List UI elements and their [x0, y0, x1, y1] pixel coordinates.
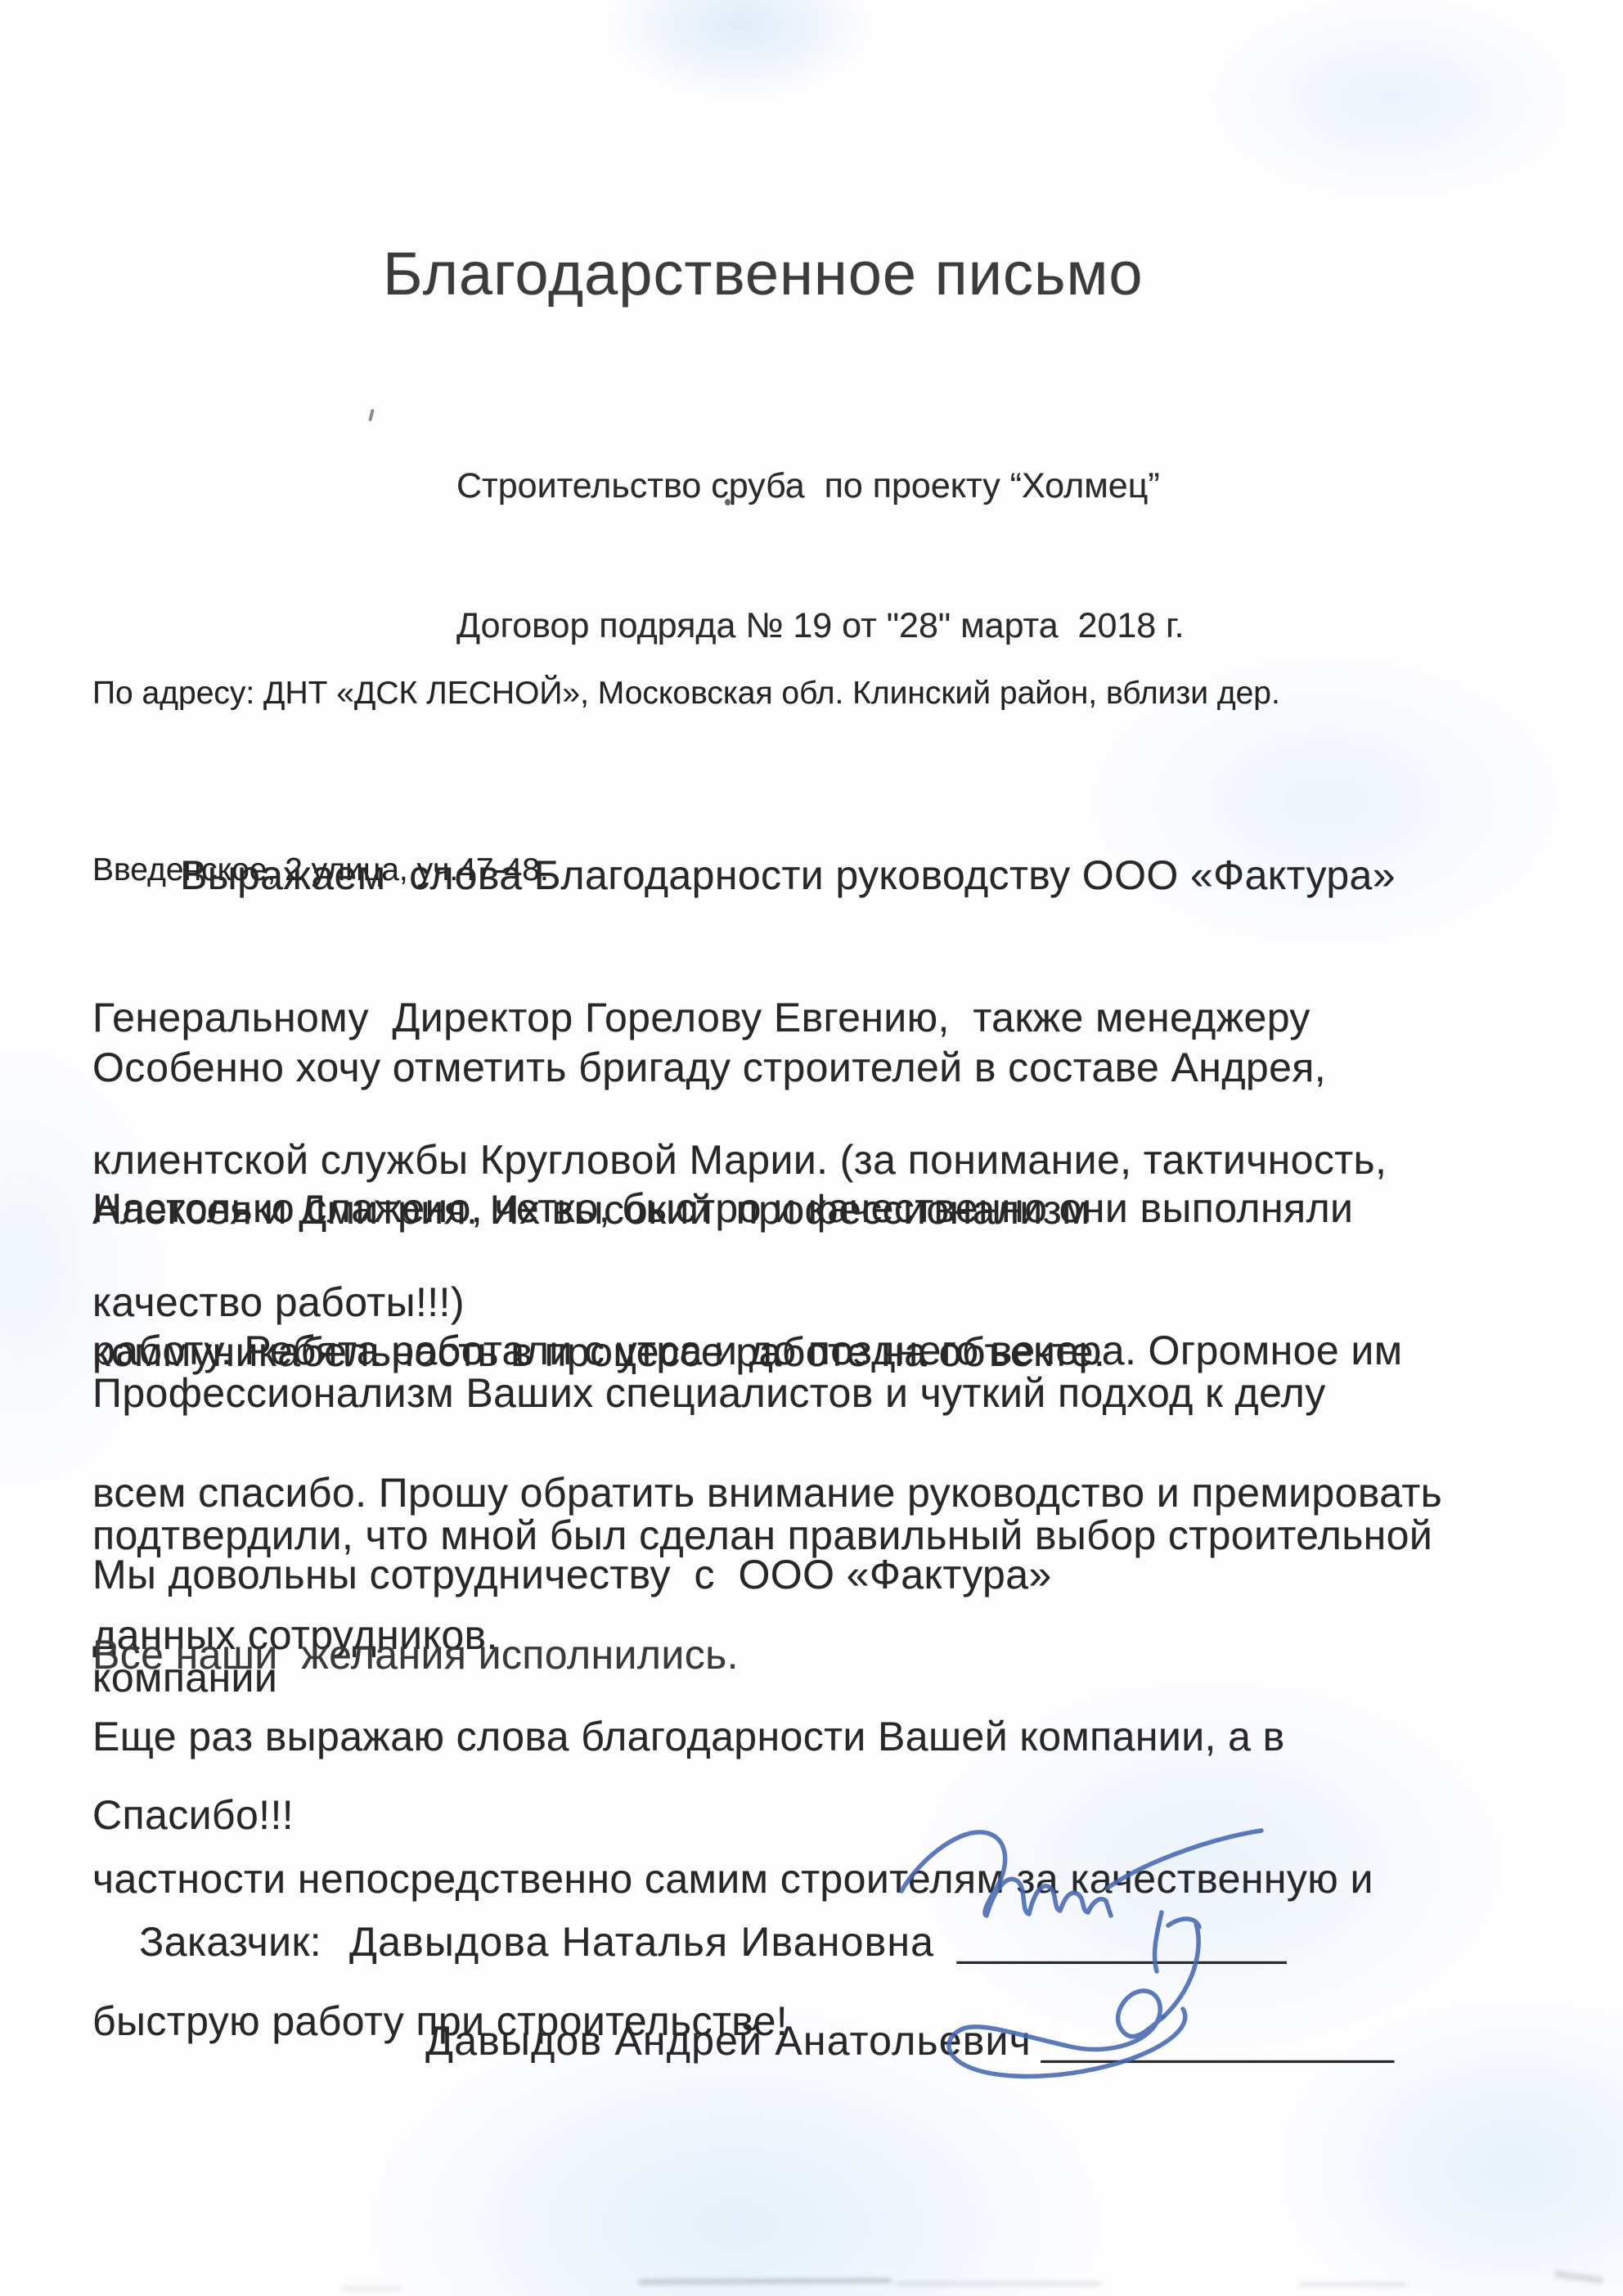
scan-smudge — [1301, 2283, 1407, 2286]
text-line: Профессионализм Ваших специалистов и чут… — [92, 1369, 1499, 1417]
customer-label: Заказчик: — [139, 1919, 321, 1965]
customer-name-1: Давыдова Наталья Ивановна — [349, 1919, 934, 1965]
scan-smudge — [638, 2278, 892, 2285]
handwritten-signature-1-tail — [1163, 1919, 1199, 2017]
text-line: Выражаем слова Благодарности руководству… — [92, 851, 1499, 899]
scan-smudge — [344, 2287, 401, 2289]
letter-title: Благодарственное письмо — [383, 242, 1144, 306]
scan-speck — [725, 499, 731, 505]
text-line: Особенно хочу отметить бригаду строителе… — [92, 1044, 1499, 1091]
handwritten-signature-2-loop — [1155, 1912, 1162, 1971]
scan-smudge — [896, 2282, 1100, 2285]
address-line: По адресу: ДНТ «ДСК ЛЕСНОЙ», Московская … — [92, 664, 1280, 723]
text-line: Настолько слажено, четко, быстро и качес… — [92, 1184, 1499, 1232]
handwritten-signature-2 — [949, 1991, 1185, 2077]
scan-speck — [368, 409, 375, 422]
handwritten-signature-1-flourish — [1108, 1831, 1261, 1888]
handwritten-signature-1 — [901, 1832, 1111, 1916]
subtitle-line-project: Строительство сруба по проекту “Холмец” — [456, 463, 1185, 510]
handwritten-signatures-ink — [859, 1783, 1391, 2127]
thanks-text: Спасибо!!! — [92, 1791, 294, 1839]
scanned-letter-page: Благодарственное письмо Строительство ср… — [0, 0, 1623, 2296]
scan-smudge — [1554, 2271, 1604, 2284]
text-line: Еще раз выражаю слова благодарности Ваше… — [92, 1713, 1499, 1760]
